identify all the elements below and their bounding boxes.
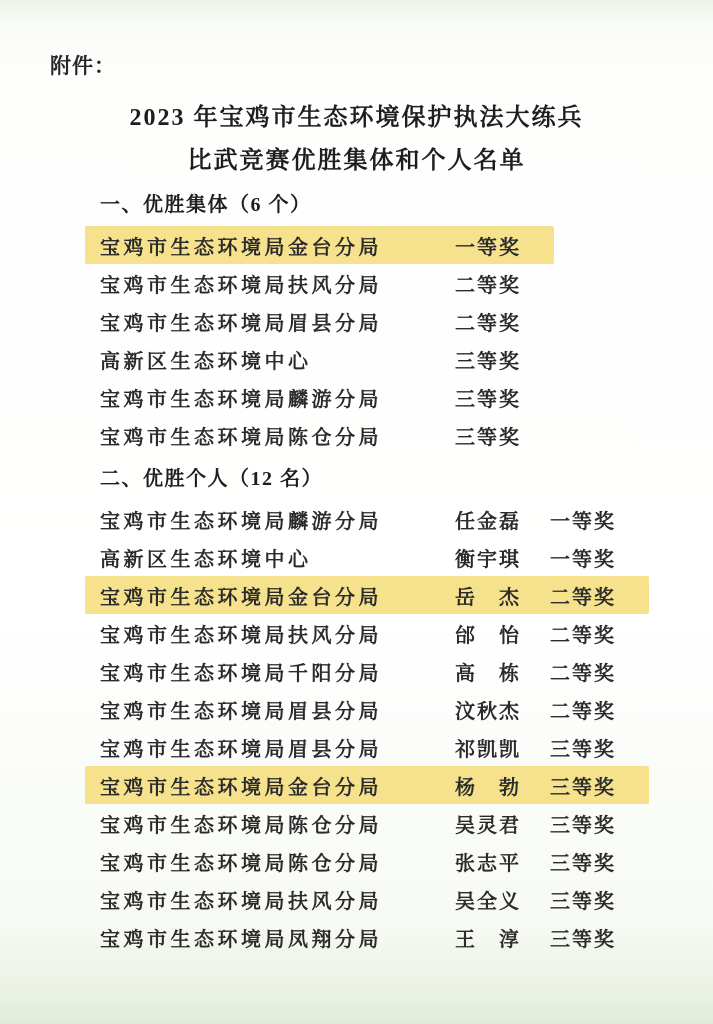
award-row: 宝鸡市生态环境局扶风分局 二等奖 — [85, 264, 554, 302]
award-cell: 三等奖 — [550, 771, 645, 800]
award-row: 宝鸡市生态环境局眉县分局 汶秋杰 二等奖 — [85, 690, 649, 728]
section-heading: 一、优胜集体（6 个） — [100, 190, 713, 220]
award-cell: 三等奖 — [455, 421, 550, 450]
org-cell: 宝鸡市生态环境局金台分局 — [100, 771, 455, 800]
document-title-line2: 比武竞赛优胜集体和个人名单 — [0, 140, 713, 175]
award-row: 宝鸡市生态环境局眉县分局 二等奖 — [85, 302, 554, 340]
award-cell: 三等奖 — [550, 733, 645, 762]
award-row: 宝鸡市生态环境局陈仓分局 吴灵君 三等奖 — [85, 804, 649, 842]
award-cell: 二等奖 — [550, 695, 645, 724]
org-cell: 宝鸡市生态环境局眉县分局 — [100, 307, 455, 336]
org-cell: 宝鸡市生态环境局扶风分局 — [100, 619, 455, 648]
name-cell: 汶秋杰 — [455, 695, 550, 724]
org-cell: 宝鸡市生态环境局金台分局 — [100, 231, 455, 260]
award-row: 宝鸡市生态环境局金台分局 岳 杰 二等奖 — [85, 576, 649, 614]
award-cell: 二等奖 — [550, 657, 645, 686]
org-cell: 宝鸡市生态环境局陈仓分局 — [100, 421, 455, 450]
award-row: 宝鸡市生态环境局麟游分局 三等奖 — [85, 378, 554, 416]
award-cell: 二等奖 — [550, 619, 645, 648]
award-row: 高新区生态环境中心 衡宇琪 一等奖 — [85, 538, 649, 576]
award-cell: 三等奖 — [455, 345, 550, 374]
org-cell: 宝鸡市生态环境局扶风分局 — [100, 885, 455, 914]
name-cell: 杨 勃 — [455, 771, 550, 800]
award-row: 宝鸡市生态环境局千阳分局 高 栋 二等奖 — [85, 652, 649, 690]
org-cell: 宝鸡市生态环境局凤翔分局 — [100, 923, 455, 952]
org-cell: 宝鸡市生态环境局陈仓分局 — [100, 809, 455, 838]
award-cell: 二等奖 — [550, 581, 645, 610]
section-rows: 宝鸡市生态环境局金台分局 一等奖 宝鸡市生态环境局扶风分局 二等奖 宝鸡市生态环… — [0, 226, 713, 454]
award-cell: 一等奖 — [550, 505, 645, 534]
award-row: 宝鸡市生态环境局麟游分局 任金磊 一等奖 — [85, 500, 649, 538]
org-cell: 宝鸡市生态环境局陈仓分局 — [100, 847, 455, 876]
award-row: 宝鸡市生态环境局金台分局 杨 勃 三等奖 — [85, 766, 649, 804]
org-cell: 宝鸡市生态环境局千阳分局 — [100, 657, 455, 686]
name-cell: 吴灵君 — [455, 809, 550, 838]
award-row: 宝鸡市生态环境局陈仓分局 三等奖 — [85, 416, 554, 454]
org-cell: 高新区生态环境中心 — [100, 543, 455, 572]
name-cell: 祁凯凯 — [455, 733, 550, 762]
award-cell: 三等奖 — [455, 383, 550, 412]
award-cell: 二等奖 — [455, 269, 550, 298]
name-cell: 王 淳 — [455, 923, 550, 952]
award-section: 一、优胜集体（6 个） 宝鸡市生态环境局金台分局 一等奖 宝鸡市生态环境局扶风分… — [0, 190, 713, 454]
award-cell: 三等奖 — [550, 847, 645, 876]
name-cell: 岳 杰 — [455, 581, 550, 610]
name-cell: 衡宇琪 — [455, 543, 550, 572]
document-title-line1: 2023 年宝鸡市生态环境保护执法大练兵 — [0, 97, 713, 132]
award-cell: 三等奖 — [550, 923, 645, 952]
award-row: 宝鸡市生态环境局扶风分局 邰 怡 二等奖 — [85, 614, 649, 652]
name-cell: 任金磊 — [455, 505, 550, 534]
org-cell: 高新区生态环境中心 — [100, 345, 455, 374]
org-cell: 宝鸡市生态环境局麟游分局 — [100, 383, 455, 412]
org-cell: 宝鸡市生态环境局扶风分局 — [100, 269, 455, 298]
document-page: 附件： 2023 年宝鸡市生态环境保护执法大练兵 比武竞赛优胜集体和个人名单 一… — [0, 0, 713, 1024]
name-cell: 邰 怡 — [455, 619, 550, 648]
org-cell: 宝鸡市生态环境局金台分局 — [100, 581, 455, 610]
name-cell: 吴全义 — [455, 885, 550, 914]
name-cell: 高 栋 — [455, 657, 550, 686]
award-row: 宝鸡市生态环境局陈仓分局 张志平 三等奖 — [85, 842, 649, 880]
attachment-label: 附件： — [50, 50, 116, 80]
award-row: 宝鸡市生态环境局金台分局 一等奖 — [85, 226, 554, 264]
name-cell: 张志平 — [455, 847, 550, 876]
org-cell: 宝鸡市生态环境局眉县分局 — [100, 695, 455, 724]
award-lists: 一、优胜集体（6 个） 宝鸡市生态环境局金台分局 一等奖 宝鸡市生态环境局扶风分… — [0, 190, 713, 956]
award-row: 高新区生态环境中心 三等奖 — [85, 340, 554, 378]
award-section: 二、优胜个人（12 名） 宝鸡市生态环境局麟游分局 任金磊 一等奖 高新区生态环… — [0, 464, 713, 956]
award-cell: 一等奖 — [550, 543, 645, 572]
section-heading: 二、优胜个人（12 名） — [100, 464, 713, 494]
org-cell: 宝鸡市生态环境局麟游分局 — [100, 505, 455, 534]
award-cell: 三等奖 — [550, 809, 645, 838]
award-cell: 二等奖 — [455, 307, 550, 336]
award-cell: 三等奖 — [550, 885, 645, 914]
award-row: 宝鸡市生态环境局凤翔分局 王 淳 三等奖 — [85, 918, 649, 956]
award-row: 宝鸡市生态环境局扶风分局 吴全义 三等奖 — [85, 880, 649, 918]
section-rows: 宝鸡市生态环境局麟游分局 任金磊 一等奖 高新区生态环境中心 衡宇琪 一等奖 宝… — [0, 500, 713, 956]
org-cell: 宝鸡市生态环境局眉县分局 — [100, 733, 455, 762]
award-row: 宝鸡市生态环境局眉县分局 祁凯凯 三等奖 — [85, 728, 649, 766]
award-cell: 一等奖 — [455, 231, 550, 260]
